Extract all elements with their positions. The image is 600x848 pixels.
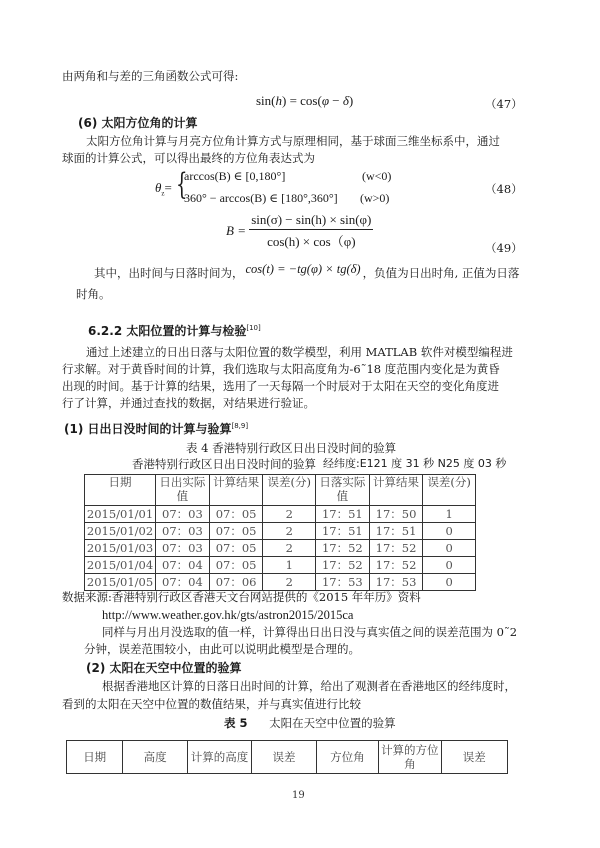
table-cell: 0 xyxy=(423,557,476,574)
table-cell: 1 xyxy=(423,506,476,523)
table-cell: 17：52 xyxy=(369,557,423,574)
column-header: 误差(分) xyxy=(423,475,476,506)
column-header: 误差 xyxy=(252,741,316,774)
eq47-sin: sin( xyxy=(256,93,276,108)
table-4-caption: 表 4 香港特别行政区日出日没时间的验算 xyxy=(186,440,396,456)
paragraph-line: 行求解。对于黄昏时间的计算，我们选取与太阳高度角为-6˜18 度范围内变化是为黄… xyxy=(62,361,500,377)
table-row: 2015/01/05 07：04 07：06 2 17：53 17：53 0 xyxy=(85,574,476,591)
table-row: 2015/01/02 07：03 07：05 2 17：51 17：51 0 xyxy=(85,523,476,540)
table-cell: 07：05 xyxy=(209,557,263,574)
table-header-row: 日期 日出实际值 计算结果 误差(分) 日落实际值 计算结果 误差(分) xyxy=(85,475,476,506)
table-cell: 07：06 xyxy=(209,574,263,591)
equation-49: B = sin(σ) − sin(h) × sin(φ) cos(h) × co… xyxy=(226,212,373,250)
subsection-heading-sunrise: (1) 日出日没时间的计算与验算[8,9] xyxy=(64,418,248,437)
table-cell: 2 xyxy=(263,523,316,540)
table-4-sunrise-sunset: 日期 日出实际值 计算结果 误差(分) 日落实际值 计算结果 误差(分) 201… xyxy=(84,474,476,591)
column-header: 误差(分) xyxy=(263,475,316,506)
eq47-phi: φ xyxy=(322,93,329,108)
page-number: 19 xyxy=(292,790,305,801)
equation-number-48: （48） xyxy=(485,181,523,197)
table-row: 2015/01/03 07：03 07：05 2 17：52 17：52 0 xyxy=(85,540,476,557)
equation-number-47: （47） xyxy=(485,96,523,112)
table-cell: 2015/01/02 xyxy=(85,523,156,540)
source-url-link[interactable]: http://www.weather.gov.hk/gts/astron2015… xyxy=(102,607,353,623)
column-header: 误差 xyxy=(441,741,507,774)
table-cell: 2015/01/04 xyxy=(85,557,156,574)
eq49-numerator: sin(σ) − sin(h) × sin(φ) xyxy=(249,212,373,230)
paragraph-line: 时角。 xyxy=(76,286,111,302)
column-header: 计算的方位角 xyxy=(379,741,441,774)
table-cell: 07：05 xyxy=(209,523,263,540)
eq49-denominator: cos(h) × cos（φ) xyxy=(249,230,373,250)
eq48-equals: = xyxy=(165,180,172,195)
table-4-coordinates: 经纬度:E121 度 31 秒 N25 度 03 秒 xyxy=(323,456,506,472)
table-cell: 17：50 xyxy=(369,506,423,523)
paragraph-line: 看到的太阳在天空中位置的数值结果，并与真实值进行比较 xyxy=(62,696,361,712)
hour-angle-suffix: ，负值为日出时角, 正值为日落 xyxy=(363,266,520,280)
subsection-1-title: (1) 日出日没时间的计算与验算 xyxy=(64,422,232,436)
table-cell: 2015/01/01 xyxy=(85,506,156,523)
column-header: 高度 xyxy=(123,741,187,774)
eq47-close: ) xyxy=(349,93,353,108)
table-cell: 07：03 xyxy=(156,506,210,523)
eq49-lhs: B = xyxy=(226,223,246,238)
column-header: 方位角 xyxy=(316,741,378,774)
table-header-row: 日期 高度 计算的高度 误差 方位角 计算的方位角 误差 xyxy=(67,741,508,774)
table-cell: 0 xyxy=(423,540,476,557)
paragraph-line: 通过上述建立的日出日落与太阳位置的数学模型，利用 MATLAB 软件对模型编程进 xyxy=(86,344,513,360)
table-cell: 2015/01/03 xyxy=(85,540,156,557)
section-622-title: 6.2.2 太阳位置的计算与检验 xyxy=(88,324,246,338)
table-cell: 17：51 xyxy=(369,523,423,540)
paragraph-line: 球面的计算公式，可以得出最终的方位角表达式为 xyxy=(62,150,315,166)
eq48-case1: arccos(B) ∈ [0,180°] xyxy=(184,168,285,184)
hour-angle-text: 其中，出时间与日落时间为，cos(t) = −tg(φ) × tg(δ)，负值为… xyxy=(94,265,519,281)
section-heading-622: 6.2.2 太阳位置的计算与检验[10] xyxy=(88,320,261,339)
table-cell: 0 xyxy=(423,523,476,540)
eq48-cond2: (w>0) xyxy=(360,190,389,206)
equation-48-lhs: θz= xyxy=(155,180,172,198)
table-5-label: 表 5 xyxy=(224,716,248,730)
subsection-heading-sun-position: (2) 太阳在天空中位置的验算 xyxy=(86,660,242,676)
table-cell: 07：05 xyxy=(209,540,263,557)
citation-ref: [8,9] xyxy=(232,422,249,430)
table-cell: 07：04 xyxy=(156,574,210,591)
table-row: 2015/01/04 07：04 07：05 1 17：52 17：52 0 xyxy=(85,557,476,574)
table-cell: 17：53 xyxy=(316,574,370,591)
table-5-sun-position: 日期 高度 计算的高度 误差 方位角 计算的方位角 误差 xyxy=(66,740,508,774)
paragraph-line: 太阳方位角计算与月亮方位角计算方式与原理相同，基于球面三维坐标系中，通过 xyxy=(86,133,500,149)
table-row: 2015/01/01 07：03 07：05 2 17：51 17：50 1 xyxy=(85,506,476,523)
table-cell: 07：03 xyxy=(156,540,210,557)
column-header: 计算结果 xyxy=(209,475,263,506)
paragraph-line: 出现的时间。基于计算的结果，选用了一天每隔一个时辰对于太阳在天空的变化角度进 xyxy=(62,378,499,394)
table-4-subcaption: 香港特别行政区日出日没时间的验算 xyxy=(132,456,316,472)
section-heading-azimuth: (6) 太阳方位角的计算 xyxy=(78,115,198,131)
table-cell: 07：05 xyxy=(209,506,263,523)
hour-angle-prefix: 其中，出时间与日落时间为， xyxy=(94,266,244,280)
table-cell: 17：52 xyxy=(316,540,370,557)
paragraph-line: 根据香港地区计算的日落日出时间的计算，给出了观测者在香港地区的经纬度时， xyxy=(102,678,516,694)
data-source-note: 数据来源:香港特别行政区香港天文台网站提供的《2015 年年历》资料 xyxy=(62,589,421,605)
table-cell: 07：04 xyxy=(156,557,210,574)
paragraph-line: 分钟，误差范围较小，由此可以说明此模型是合理的。 xyxy=(84,641,360,657)
table-cell: 2 xyxy=(263,574,316,591)
eq47-minus: − xyxy=(329,93,343,108)
column-header: 日期 xyxy=(67,741,123,774)
paragraph-line: 同样与月出月没选取的值一样，计算得出日出日没与真实值之间的误差范围为 0˜2 xyxy=(102,624,517,640)
eq49-fraction: sin(σ) − sin(h) × sin(φ) cos(h) × cos（φ) xyxy=(249,212,373,250)
column-header: 计算结果 xyxy=(369,475,423,506)
table-cell: 17：51 xyxy=(316,523,370,540)
table-cell: 2 xyxy=(263,506,316,523)
table-cell: 17：52 xyxy=(316,557,370,574)
column-header: 计算的高度 xyxy=(187,741,251,774)
column-header: 日落实际值 xyxy=(316,475,370,506)
table-cell: 2 xyxy=(263,540,316,557)
table-cell: 17：53 xyxy=(369,574,423,591)
column-header: 日期 xyxy=(85,475,156,506)
table-cell: 07：03 xyxy=(156,523,210,540)
table-5-title: 太阳在天空中位置的验算 xyxy=(251,716,396,730)
paragraph-line: 行了计算，并通过查找的数据，对结果进行验证。 xyxy=(62,395,315,411)
eq48-cond1: (w<0) xyxy=(362,168,391,184)
eq48-case2: 360° − arccos(B) ∈ [180°,360°] xyxy=(184,190,338,206)
table-cell: 17：51 xyxy=(316,506,370,523)
equation-number-49: （49） xyxy=(485,240,523,256)
eq47-cos: ) = cos( xyxy=(282,93,322,108)
table-cell: 2015/01/05 xyxy=(85,574,156,591)
intro-text: 由两角和与差的三角函数公式可得: xyxy=(62,68,238,84)
citation-ref: [10] xyxy=(246,324,260,332)
column-header: 日出实际值 xyxy=(156,475,210,506)
table-cell: 17：52 xyxy=(369,540,423,557)
table-cell: 1 xyxy=(263,557,316,574)
table-cell: 0 xyxy=(423,574,476,591)
table-5-caption: 表 5 太阳在天空中位置的验算 xyxy=(224,715,396,731)
equation-47: sin(h) = cos(φ − δ) xyxy=(256,93,353,109)
hour-angle-formula: cos(t) = −tg(φ) × tg(δ) xyxy=(244,262,363,276)
